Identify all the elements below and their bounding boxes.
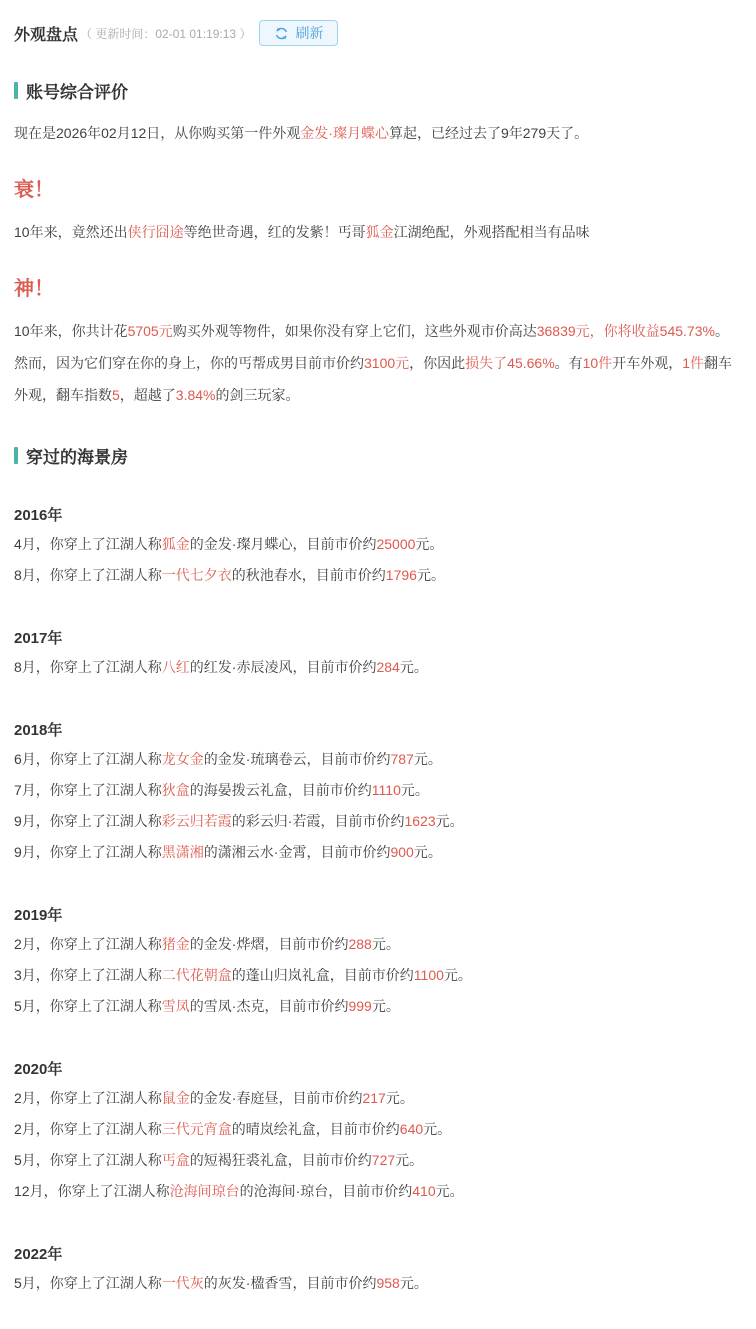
refresh-button-label: 刷新 [295, 24, 323, 42]
year-items: 2月，你穿上了江湖人称猪金的金发·烨熠，目前市价约288元。3月，你穿上了江湖人… [14, 929, 742, 1022]
plain-text: 4月，你穿上了江湖人称 [14, 536, 162, 552]
plain-text: 6月，你穿上了江湖人称 [14, 751, 162, 767]
intro-paragraph: 现在是2026年02月12日，从你购买第一件外观金发·璨月蝶心算起，已经过去了9… [14, 117, 742, 149]
plain-text: 元。 [401, 782, 429, 798]
history-item: 9月，你穿上了江湖人称黑潇湘的潇湘云水·金霄，目前市价约900元。 [14, 837, 742, 868]
highlight-text: 一代灰 [162, 1275, 204, 1291]
history-list: 2016年 4月，你穿上了江湖人称狐金的金发·璨月蝶心，目前市价约25000元。… [14, 504, 742, 1299]
highlight-text: 288 [348, 936, 371, 952]
plain-text: 5月，你穿上了江湖人称 [14, 998, 162, 1014]
update-time-label: （ 更新时间：02-01 01:19:13 ） [80, 25, 251, 42]
plain-text: 10年来，你共计花 [14, 323, 128, 339]
bad-luck-heading: 衰！ [14, 173, 742, 202]
highlight-text: 一代七夕衣 [162, 567, 232, 583]
plain-text: 的剑三玩家。 [216, 387, 300, 403]
highlight-text: 999 [348, 998, 371, 1014]
year-heading: 2018年 [14, 719, 742, 740]
highlight-text: 狐金 [366, 224, 394, 240]
section-heading-account-summary: 账号综合评价 [14, 78, 742, 103]
highlight-text: 雪凤 [162, 998, 190, 1014]
plain-text: 元。 [423, 1121, 451, 1137]
plain-text: 9月，你穿上了江湖人称 [14, 844, 162, 860]
plain-text: ，超越了 [120, 387, 176, 403]
plain-text: 8月，你穿上了江湖人称 [14, 567, 162, 583]
plain-text: 10年来，竟然还出 [14, 224, 128, 240]
plain-text: 元。 [436, 1183, 464, 1199]
history-item: 9月，你穿上了江湖人称彩云归若霞的彩云归·若霞，目前市价约1623元。 [14, 806, 742, 837]
highlight-text: 900 [390, 844, 413, 860]
highlight-text: 36839元，你将收益545.73% [537, 323, 715, 339]
year-items: 2月，你穿上了江湖人称鼠金的金发·春庭昼，目前市价约217元。2月，你穿上了江湖… [14, 1083, 742, 1207]
plain-text: 。有 [555, 355, 583, 371]
plain-text: 的海晏拨云礼盒，目前市价约 [190, 782, 372, 798]
year-block: 2016年 4月，你穿上了江湖人称狐金的金发·璨月蝶心，目前市价约25000元。… [14, 504, 742, 591]
year-items: 5月，你穿上了江湖人称一代灰的灰发·楹香雪，目前市价约958元。 [14, 1268, 742, 1299]
plain-text: 5月，你穿上了江湖人称 [14, 1275, 162, 1291]
plain-text: 的秋池春水，目前市价约 [232, 567, 386, 583]
plain-text: 的沧海间·琼台，目前市价约 [240, 1183, 413, 1199]
highlight-text: 猪金 [162, 936, 190, 952]
good-luck-heading: 神！ [14, 272, 742, 301]
plain-text: 元。 [400, 1275, 428, 1291]
section-heading-worn-history-label: 穿过的海景房 [26, 443, 128, 468]
highlight-text: 狄盒 [162, 782, 190, 798]
year-items: 4月，你穿上了江湖人称狐金的金发·璨月蝶心，目前市价约25000元。8月，你穿上… [14, 529, 742, 591]
plain-text: 7月，你穿上了江湖人称 [14, 782, 162, 798]
history-item: 5月，你穿上了江湖人称一代灰的灰发·楹香雪，目前市价约958元。 [14, 1268, 742, 1299]
year-block: 2018年 6月，你穿上了江湖人称龙女金的金发·琉璃卷云，目前市价约787元。7… [14, 719, 742, 868]
update-time-prefix: （ 更新时间： [80, 27, 155, 41]
plain-text: 2月，你穿上了江湖人称 [14, 1121, 162, 1137]
plain-text: ，你因此 [409, 355, 465, 371]
plain-text: 的金发·璨月蝶心，目前市价约 [190, 536, 377, 552]
highlight-text: 25000 [376, 536, 415, 552]
year-heading: 2022年 [14, 1243, 742, 1264]
highlight-text: 沧海间琼台 [170, 1183, 240, 1199]
highlight-text: 217 [362, 1090, 385, 1106]
year-block: 2022年 5月，你穿上了江湖人称一代灰的灰发·楹香雪，目前市价约958元。 [14, 1243, 742, 1299]
year-block: 2017年 8月，你穿上了江湖人称八红的红发·赤辰凌风，目前市价约284元。 [14, 627, 742, 683]
year-items: 6月，你穿上了江湖人称龙女金的金发·琉璃卷云，目前市价约787元。7月，你穿上了… [14, 744, 742, 868]
highlight-text: 八红 [162, 659, 190, 675]
page-title: 外观盘点 [14, 22, 78, 45]
year-heading: 2016年 [14, 504, 742, 525]
refresh-button[interactable]: 刷新 [259, 20, 338, 46]
plain-text: 8月，你穿上了江湖人称 [14, 659, 162, 675]
year-heading: 2020年 [14, 1058, 742, 1079]
highlight-text: 787 [390, 751, 413, 767]
plain-text: 元。 [436, 813, 464, 829]
plain-text: 现在是2026年02月12日，从你购买第一件外观 [14, 125, 300, 141]
highlight-text: 金发·璨月蝶心 [300, 125, 389, 141]
highlight-text: 二代花朝盒 [162, 967, 232, 983]
plain-text: 2月，你穿上了江湖人称 [14, 936, 162, 952]
highlight-text: 狐金 [162, 536, 190, 552]
highlight-text: 彩云归若霞 [162, 813, 232, 829]
history-item: 8月，你穿上了江湖人称一代七夕衣的秋池春水，目前市价约1796元。 [14, 560, 742, 591]
history-item: 2月，你穿上了江湖人称猪金的金发·烨熠，目前市价约288元。 [14, 929, 742, 960]
history-item: 2月，你穿上了江湖人称三代元宵盒的晴岚绘礼盒，目前市价约640元。 [14, 1114, 742, 1145]
plain-text: 元。 [414, 751, 442, 767]
plain-text: 的潇湘云水·金霄，目前市价约 [204, 844, 391, 860]
plain-text: 的雪凤·杰克，目前市价约 [190, 998, 349, 1014]
plain-text: 等绝世奇遇，红的发紫！丐哥 [184, 224, 366, 240]
highlight-text: 410 [412, 1183, 435, 1199]
accent-bar [14, 82, 18, 99]
highlight-text: 侠行囧途 [128, 224, 184, 240]
plain-text: 9月，你穿上了江湖人称 [14, 813, 162, 829]
accent-bar [14, 447, 18, 464]
plain-text: 的金发·春庭昼，目前市价约 [190, 1090, 363, 1106]
plain-text: 的红发·赤辰凌风，目前市价约 [190, 659, 377, 675]
section-heading-account-summary-label: 账号综合评价 [26, 78, 128, 103]
good-luck-paragraph: 10年来，你共计花5705元购买外观等物件，如果你没有穿上它们，这些外观市价高达… [14, 315, 742, 411]
plain-text: 元。 [372, 998, 400, 1014]
history-item: 4月，你穿上了江湖人称狐金的金发·璨月蝶心，目前市价约25000元。 [14, 529, 742, 560]
plain-text: 的金发·烨熠，目前市价约 [190, 936, 349, 952]
section-heading-worn-history: 穿过的海景房 [14, 443, 742, 468]
history-item: 8月，你穿上了江湖人称八红的红发·赤辰凌风，目前市价约284元。 [14, 652, 742, 683]
highlight-text: 640 [400, 1121, 423, 1137]
plain-text: 购买外观等物件，如果你没有穿上它们，这些外观市价高达 [173, 323, 537, 339]
highlight-text: 三代元宵盒 [162, 1121, 232, 1137]
refresh-icon [274, 26, 289, 41]
plain-text: 元。 [395, 1152, 423, 1168]
history-item: 6月，你穿上了江湖人称龙女金的金发·琉璃卷云，目前市价约787元。 [14, 744, 742, 775]
plain-text: 元。 [372, 936, 400, 952]
highlight-text: 10件 [583, 355, 613, 371]
appearance-inventory-page: 外观盘点 （ 更新时间：02-01 01:19:13 ） 刷新 账号综合评价 现… [0, 0, 756, 1329]
plain-text: 2月，你穿上了江湖人称 [14, 1090, 162, 1106]
plain-text: 元。 [417, 567, 445, 583]
highlight-text: 1110 [372, 782, 401, 798]
highlight-text: 1件 [682, 355, 704, 371]
plain-text: 的晴岚绘礼盒，目前市价约 [232, 1121, 400, 1137]
highlight-text: 1100 [414, 967, 444, 983]
update-time-suffix: ） [236, 27, 251, 41]
year-block: 2019年 2月，你穿上了江湖人称猪金的金发·烨熠，目前市价约288元。3月，你… [14, 904, 742, 1022]
year-heading: 2019年 [14, 904, 742, 925]
plain-text: 的短褐狂裘礼盒，目前市价约 [190, 1152, 372, 1168]
highlight-text: 5 [112, 387, 120, 403]
year-block: 2020年 2月，你穿上了江湖人称鼠金的金发·春庭昼，目前市价约217元。2月，… [14, 1058, 742, 1207]
plain-text: 开车外观， [612, 355, 682, 371]
update-time-value: 02-01 01:19:13 [155, 27, 236, 41]
history-item: 3月，你穿上了江湖人称二代花朝盒的蓬山归岚礼盒，目前市价约1100元。 [14, 960, 742, 991]
page-header: 外观盘点 （ 更新时间：02-01 01:19:13 ） 刷新 [14, 20, 742, 46]
plain-text: 元。 [415, 536, 443, 552]
highlight-text: 3.84% [176, 387, 216, 403]
plain-text: 12月，你穿上了江湖人称 [14, 1183, 170, 1199]
highlight-text: 丐盒 [162, 1152, 190, 1168]
history-item: 12月，你穿上了江湖人称沧海间琼台的沧海间·琼台，目前市价约410元。 [14, 1176, 742, 1207]
plain-text: 元。 [444, 967, 472, 983]
year-heading: 2017年 [14, 627, 742, 648]
highlight-text: 鼠金 [162, 1090, 190, 1106]
plain-text: 的蓬山归岚礼盒，目前市价约 [232, 967, 414, 983]
year-items: 8月，你穿上了江湖人称八红的红发·赤辰凌风，目前市价约284元。 [14, 652, 742, 683]
plain-text: 的彩云归·若霞，目前市价约 [232, 813, 405, 829]
highlight-text: 1623 [404, 813, 435, 829]
history-item: 5月，你穿上了江湖人称雪凤的雪凤·杰克，目前市价约999元。 [14, 991, 742, 1022]
plain-text: 3月，你穿上了江湖人称 [14, 967, 162, 983]
plain-text: 5月，你穿上了江湖人称 [14, 1152, 162, 1168]
plain-text: 元。 [386, 1090, 414, 1106]
highlight-text: 3100元 [364, 355, 409, 371]
history-item: 7月，你穿上了江湖人称狄盒的海晏拨云礼盒，目前市价约1110元。 [14, 775, 742, 806]
highlight-text: 黑潇湘 [162, 844, 204, 860]
highlight-text: 958 [376, 1275, 399, 1291]
history-item: 5月，你穿上了江湖人称丐盒的短褐狂裘礼盒，目前市价约727元。 [14, 1145, 742, 1176]
highlight-text: 284 [376, 659, 399, 675]
bad-luck-paragraph: 10年来，竟然还出侠行囧途等绝世奇遇，红的发紫！丐哥狐金江湖绝配，外观搭配相当有… [14, 216, 742, 248]
highlight-text: 5705元 [128, 323, 173, 339]
highlight-text: 损失了45.66% [465, 355, 554, 371]
highlight-text: 1796 [386, 567, 417, 583]
plain-text: 的灰发·楹香雪，目前市价约 [204, 1275, 377, 1291]
plain-text: 元。 [414, 844, 442, 860]
plain-text: 的金发·琉璃卷云，目前市价约 [204, 751, 391, 767]
plain-text: 江湖绝配，外观搭配相当有品味 [394, 224, 590, 240]
plain-text: 元。 [400, 659, 428, 675]
highlight-text: 727 [372, 1152, 395, 1168]
highlight-text: 龙女金 [162, 751, 204, 767]
history-item: 2月，你穿上了江湖人称鼠金的金发·春庭昼，目前市价约217元。 [14, 1083, 742, 1114]
plain-text: 算起，已经过去了9年279天了。 [389, 125, 588, 141]
